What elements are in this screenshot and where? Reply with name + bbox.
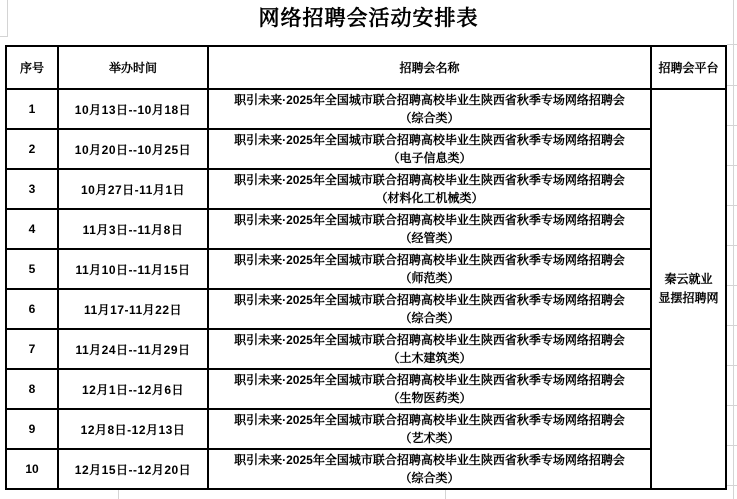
fair-name-line2: （师范类） — [209, 269, 650, 287]
row-time-cell: 10月27日-11月1日 — [58, 169, 208, 209]
row-time-cell: 11月3日--11月8日 — [58, 209, 208, 249]
row-time-cell: 12月15日--12月20日 — [58, 449, 208, 489]
fair-name-line1: 职引未来·2025年全国城市联合招聘高校毕业生陕西省秋季专场网络招聘会 — [209, 211, 650, 229]
fair-name-line1: 职引未来·2025年全国城市联合招聘高校毕业生陕西省秋季专场网络招聘会 — [209, 451, 650, 469]
platform-cell: 秦云就业 显摆招聘网 — [651, 89, 726, 489]
table-row: 9 12月8日-12月13日 职引未来·2025年全国城市联合招聘高校毕业生陕西… — [6, 409, 726, 449]
header-index: 序号 — [6, 46, 58, 89]
row-name-cell: 职引未来·2025年全国城市联合招聘高校毕业生陕西省秋季专场网络招聘会 （材料化… — [208, 169, 651, 209]
row-time-cell: 11月17-11月22日 — [58, 289, 208, 329]
row-name-cell: 职引未来·2025年全国城市联合招聘高校毕业生陕西省秋季专场网络招聘会 （生物医… — [208, 369, 651, 409]
row-time-cell: 10月20日--10月25日 — [58, 129, 208, 169]
row-name-cell: 职引未来·2025年全国城市联合招聘高校毕业生陕西省秋季专场网络招聘会 （师范类… — [208, 249, 651, 289]
header-row: 序号 举办时间 招聘会名称 招聘会平台 — [6, 46, 726, 89]
fair-name-line2: （电子信息类） — [209, 149, 650, 167]
row-time-cell: 11月24日--11月29日 — [58, 329, 208, 369]
fair-name-line1: 职引未来·2025年全国城市联合招聘高校毕业生陕西省秋季专场网络招聘会 — [209, 91, 650, 109]
fair-name-line1: 职引未来·2025年全国城市联合招聘高校毕业生陕西省秋季专场网络招聘会 — [209, 131, 650, 149]
row-index-cell: 3 — [6, 169, 58, 209]
fair-name-line1: 职引未来·2025年全国城市联合招聘高校毕业生陕西省秋季专场网络招聘会 — [209, 171, 650, 189]
table-row: 1 10月13日--10月18日 职引未来·2025年全国城市联合招聘高校毕业生… — [6, 89, 726, 129]
row-index-cell: 6 — [6, 289, 58, 329]
header-time: 举办时间 — [58, 46, 208, 89]
fair-name-line2: （艺术类） — [209, 429, 650, 447]
row-name-cell: 职引未来·2025年全国城市联合招聘高校毕业生陕西省秋季专场网络招聘会 （综合类… — [208, 289, 651, 329]
fair-name-line1: 职引未来·2025年全国城市联合招聘高校毕业生陕西省秋季专场网络招聘会 — [209, 251, 650, 269]
fair-name-line2: （材料化工机械类） — [209, 189, 650, 207]
row-time-cell: 11月10日--11月15日 — [58, 249, 208, 289]
row-index-cell: 9 — [6, 409, 58, 449]
table-row: 7 11月24日--11月29日 职引未来·2025年全国城市联合招聘高校毕业生… — [6, 329, 726, 369]
table-row: 2 10月20日--10月25日 职引未来·2025年全国城市联合招聘高校毕业生… — [6, 129, 726, 169]
row-index-cell: 8 — [6, 369, 58, 409]
row-time-cell: 12月1日--12月6日 — [58, 369, 208, 409]
fair-name-line2: （生物医药类） — [209, 389, 650, 407]
fair-name-line1: 职引未来·2025年全国城市联合招聘高校毕业生陕西省秋季专场网络招聘会 — [209, 291, 650, 309]
row-index-cell: 10 — [6, 449, 58, 489]
row-name-cell: 职引未来·2025年全国城市联合招聘高校毕业生陕西省秋季专场网络招聘会 （综合类… — [208, 449, 651, 489]
table-row: 4 11月3日--11月8日 职引未来·2025年全国城市联合招聘高校毕业生陕西… — [6, 209, 726, 249]
sheet-gridlines-right — [727, 85, 737, 487]
row-index-cell: 5 — [6, 249, 58, 289]
sheet-gridline — [0, 36, 7, 37]
row-time-cell: 10月13日--10月18日 — [58, 89, 208, 129]
fair-name-line2: （经管类） — [209, 229, 650, 247]
row-name-cell: 职引未来·2025年全国城市联合招聘高校毕业生陕西省秋季专场网络招聘会 （艺术类… — [208, 409, 651, 449]
table-row: 5 11月10日--11月15日 职引未来·2025年全国城市联合招聘高校毕业生… — [6, 249, 726, 289]
spreadsheet-page: 网络招聘会活动安排表 序号 举办时间 招聘会名称 招聘会平台 1 10月13日-… — [0, 0, 737, 499]
fair-name-line2: （土木建筑类） — [209, 349, 650, 367]
fair-name-line1: 职引未来·2025年全国城市联合招聘高校毕业生陕西省秋季专场网络招聘会 — [209, 411, 650, 429]
table-row: 10 12月15日--12月20日 职引未来·2025年全国城市联合招聘高校毕业… — [6, 449, 726, 489]
fair-name-line1: 职引未来·2025年全国城市联合招聘高校毕业生陕西省秋季专场网络招聘会 — [209, 331, 650, 349]
row-name-cell: 职引未来·2025年全国城市联合招聘高校毕业生陕西省秋季专场网络招聘会 （电子信… — [208, 129, 651, 169]
fair-name-line1: 职引未来·2025年全国城市联合招聘高校毕业生陕西省秋季专场网络招聘会 — [209, 371, 650, 389]
fair-name-line2: （综合类） — [209, 309, 650, 327]
row-name-cell: 职引未来·2025年全国城市联合招聘高校毕业生陕西省秋季专场网络招聘会 （经管类… — [208, 209, 651, 249]
fair-name-line2: （综合类） — [209, 469, 650, 487]
row-name-cell: 职引未来·2025年全国城市联合招聘高校毕业生陕西省秋季专场网络招聘会 （土木建… — [208, 329, 651, 369]
schedule-table: 序号 举办时间 招聘会名称 招聘会平台 1 10月13日--10月18日 职引未… — [5, 45, 727, 490]
row-index-cell: 7 — [6, 329, 58, 369]
header-platform: 招聘会平台 — [651, 46, 726, 89]
table-row: 3 10月27日-11月1日 职引未来·2025年全国城市联合招聘高校毕业生陕西… — [6, 169, 726, 209]
row-name-cell: 职引未来·2025年全国城市联合招聘高校毕业生陕西省秋季专场网络招聘会 （综合类… — [208, 89, 651, 129]
header-name: 招聘会名称 — [208, 46, 651, 89]
sheet-gridline — [727, 44, 737, 45]
row-index-cell: 2 — [6, 129, 58, 169]
sheet-gridline — [7, 0, 8, 37]
fair-name-line2: （综合类） — [209, 109, 650, 127]
page-title: 网络招聘会活动安排表 — [0, 0, 737, 38]
platform-line2: 显摆招聘网 — [652, 289, 725, 308]
table-row: 6 11月17-11月22日 职引未来·2025年全国城市联合招聘高校毕业生陕西… — [6, 289, 726, 329]
platform-line1: 秦云就业 — [652, 270, 725, 289]
row-index-cell: 1 — [6, 89, 58, 129]
row-time-cell: 12月8日-12月13日 — [58, 409, 208, 449]
table-row: 8 12月1日--12月6日 职引未来·2025年全国城市联合招聘高校毕业生陕西… — [6, 369, 726, 409]
row-index-cell: 4 — [6, 209, 58, 249]
